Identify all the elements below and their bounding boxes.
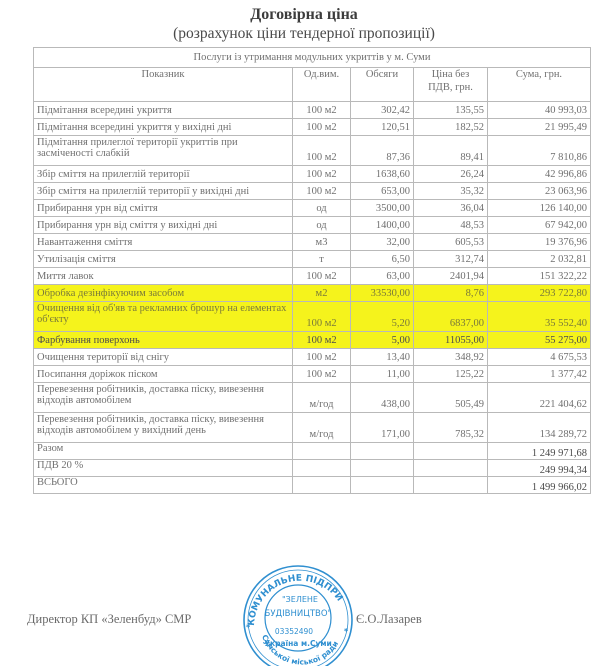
row-sum: 134 289,72 (488, 413, 591, 443)
table-row: Перевезення робітників, доставка піску, … (34, 413, 591, 443)
row-volume: 653,00 (351, 183, 414, 200)
row-sum: 35 552,40 (488, 302, 591, 332)
total-value: 1 249 971,68 (488, 443, 591, 460)
table-row: Прибирання урн від сміттяод3500,0036,041… (34, 200, 591, 217)
document-subtitle: (розрахунок ціни тендерної пропозиції) (0, 25, 608, 43)
row-sum: 151 322,22 (488, 268, 591, 285)
row-volume: 13,40 (351, 349, 414, 366)
row-unit: 100 м2 (293, 268, 351, 285)
row-volume: 3500,00 (351, 200, 414, 217)
row-price: 8,76 (414, 285, 488, 302)
empty-cell (351, 477, 414, 494)
row-volume: 120,51 (351, 119, 414, 136)
row-sum: 42 996,86 (488, 166, 591, 183)
row-price: 11055,00 (414, 332, 488, 349)
row-unit: 100 м2 (293, 136, 351, 166)
row-price: 35,32 (414, 183, 488, 200)
row-unit: 100 м2 (293, 166, 351, 183)
header-price-line1: Ціна без (432, 69, 470, 80)
row-name: Утилізація сміття (34, 251, 293, 268)
row-unit: т (293, 251, 351, 268)
row-name: Миття лавок (34, 268, 293, 285)
total-label: ПДВ 20 % (34, 460, 293, 477)
header-unit: Од.вим. (293, 68, 351, 102)
total-label: Разом (34, 443, 293, 460)
row-unit: 100 м2 (293, 349, 351, 366)
row-volume: 32,00 (351, 234, 414, 251)
row-name: Перевезення робітників, доставка піску, … (34, 383, 293, 413)
row-unit: 100 м2 (293, 183, 351, 200)
table-row: Обробка дезінфікуючим засобомм233530,008… (34, 285, 591, 302)
row-volume: 63,00 (351, 268, 414, 285)
row-sum: 126 140,00 (488, 200, 591, 217)
row-name: Фарбування поверхонь (34, 332, 293, 349)
row-volume: 302,42 (351, 102, 414, 119)
table-row: Фарбування поверхонь100 м25,0011055,0055… (34, 332, 591, 349)
table-row: Миття лавок100 м263,002401,94151 322,22 (34, 268, 591, 285)
empty-cell (293, 477, 351, 494)
row-price: 6837,00 (414, 302, 488, 332)
row-price: 89,41 (414, 136, 488, 166)
empty-cell (414, 460, 488, 477)
empty-cell (414, 443, 488, 460)
table-row: Підмітання прилеглої території укриттів … (34, 136, 591, 166)
row-price: 36,04 (414, 200, 488, 217)
total-label: ВСЬОГО (34, 477, 293, 494)
empty-cell (293, 460, 351, 477)
empty-cell (351, 443, 414, 460)
row-unit: 100 м2 (293, 119, 351, 136)
row-name: Збір сміття на прилеглій території (34, 166, 293, 183)
row-volume: 5,00 (351, 332, 414, 349)
row-name: Очищення від об'яв та рекламних брошур н… (34, 302, 293, 332)
table-row: Перевезення робітників, доставка піску, … (34, 383, 591, 413)
row-sum: 7 810,86 (488, 136, 591, 166)
header-indicator: Показник (34, 68, 293, 102)
row-name: Очищення території від снігу (34, 349, 293, 366)
row-price: 135,55 (414, 102, 488, 119)
row-volume: 11,00 (351, 366, 414, 383)
row-name: Навантаження сміття (34, 234, 293, 251)
table-caption: Послуги із утримання модульних укриттів … (34, 48, 591, 68)
document-title: Договірна ціна (0, 6, 608, 24)
price-table: Послуги із утримання модульних укриттів … (33, 47, 591, 494)
row-sum: 4 675,53 (488, 349, 591, 366)
table-row: Збір сміття на прилеглій території у вих… (34, 183, 591, 200)
row-sum: 1 377,42 (488, 366, 591, 383)
row-name: Посипання доріжок піском (34, 366, 293, 383)
row-price: 125,22 (414, 366, 488, 383)
row-name: Обробка дезінфікуючим засобом (34, 285, 293, 302)
row-unit: 100 м2 (293, 366, 351, 383)
row-name: Підмітання прилеглої території укриттів … (34, 136, 293, 166)
table-row: Збір сміття на прилеглій території100 м2… (34, 166, 591, 183)
row-sum: 55 275,00 (488, 332, 591, 349)
row-sum: 2 032,81 (488, 251, 591, 268)
empty-cell (414, 477, 488, 494)
row-unit: м/год (293, 413, 351, 443)
row-price: 785,32 (414, 413, 488, 443)
header-price: Ціна безПДВ, грн. (414, 68, 488, 102)
stamp-line1: "ЗЕЛЕНЕ (282, 595, 318, 604)
row-price: 48,53 (414, 217, 488, 234)
stamp-line2: БУДІВНИЦТВО" (265, 609, 332, 619)
totals-row: Разом1 249 971,68 (34, 443, 591, 460)
row-unit: 100 м2 (293, 332, 351, 349)
row-sum: 293 722,80 (488, 285, 591, 302)
row-volume: 87,36 (351, 136, 414, 166)
row-unit: м3 (293, 234, 351, 251)
row-price: 505,49 (414, 383, 488, 413)
signatory-name: Є.О.Лазарев (356, 612, 422, 627)
stamp-code: 03352490 (275, 627, 313, 636)
row-price: 2401,94 (414, 268, 488, 285)
row-volume: 5,20 (351, 302, 414, 332)
row-volume: 171,00 (351, 413, 414, 443)
row-price: 182,52 (414, 119, 488, 136)
row-unit: 100 м2 (293, 302, 351, 332)
row-volume: 438,00 (351, 383, 414, 413)
row-name: Прибирання урн від сміття у вихідні дні (34, 217, 293, 234)
svg-text:*: * (344, 627, 349, 636)
row-sum: 40 993,03 (488, 102, 591, 119)
row-volume: 1638,60 (351, 166, 414, 183)
row-price: 605,53 (414, 234, 488, 251)
company-stamp: КОМУНАЛЬНЕ ПІДПРИЄМСТВО Сумської міської… (232, 564, 362, 666)
row-price: 348,92 (414, 349, 488, 366)
row-volume: 33530,00 (351, 285, 414, 302)
row-sum: 67 942,00 (488, 217, 591, 234)
table-row: Підмітання всередині укриття у вихідні д… (34, 119, 591, 136)
row-unit: од (293, 217, 351, 234)
stamp-location: Україна м.Суми (264, 639, 332, 648)
total-value: 249 994,34 (488, 460, 591, 477)
total-value: 1 499 966,02 (488, 477, 591, 494)
totals-row: ВСЬОГО1 499 966,02 (34, 477, 591, 494)
header-price-line2: ПДВ, грн. (428, 82, 473, 93)
table-row: Очищення від об'яв та рекламних брошур н… (34, 302, 591, 332)
row-price: 312,74 (414, 251, 488, 268)
row-sum: 19 376,96 (488, 234, 591, 251)
header-volume: Обсяги (351, 68, 414, 102)
row-name: Збір сміття на прилеглій території у вих… (34, 183, 293, 200)
row-unit: м/год (293, 383, 351, 413)
empty-cell (293, 443, 351, 460)
row-sum: 221 404,62 (488, 383, 591, 413)
row-price: 26,24 (414, 166, 488, 183)
row-sum: 21 995,49 (488, 119, 591, 136)
totals-row: ПДВ 20 %249 994,34 (34, 460, 591, 477)
row-unit: 100 м2 (293, 102, 351, 119)
row-unit: м2 (293, 285, 351, 302)
row-name: Підмітання всередині укриття (34, 102, 293, 119)
header-sum: Сума, грн. (488, 68, 591, 102)
table-row: Підмітання всередині укриття100 м2302,42… (34, 102, 591, 119)
signatory-position: Директор КП «Зеленбуд» СМР (27, 612, 191, 627)
row-name: Прибирання урн від сміття (34, 200, 293, 217)
empty-cell (351, 460, 414, 477)
table-row: Прибирання урн від сміття у вихідні дніо… (34, 217, 591, 234)
table-row: Утилізація сміттят6,50312,742 032,81 (34, 251, 591, 268)
table-row: Навантаження сміттям332,00605,5319 376,9… (34, 234, 591, 251)
table-row: Очищення території від снігу100 м213,403… (34, 349, 591, 366)
row-name: Перевезення робітників, доставка піску, … (34, 413, 293, 443)
row-volume: 6,50 (351, 251, 414, 268)
row-volume: 1400,00 (351, 217, 414, 234)
row-sum: 23 063,96 (488, 183, 591, 200)
table-row: Посипання доріжок піском100 м211,00125,2… (34, 366, 591, 383)
row-unit: од (293, 200, 351, 217)
row-name: Підмітання всередині укриття у вихідні д… (34, 119, 293, 136)
